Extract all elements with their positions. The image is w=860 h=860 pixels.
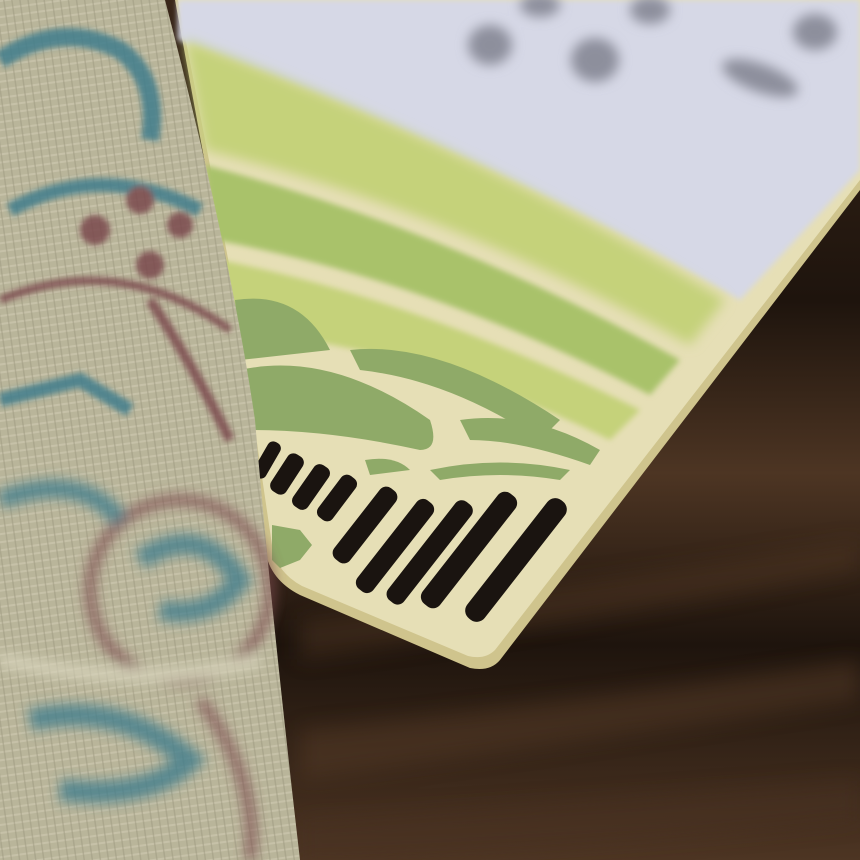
product-photo [0, 0, 860, 860]
